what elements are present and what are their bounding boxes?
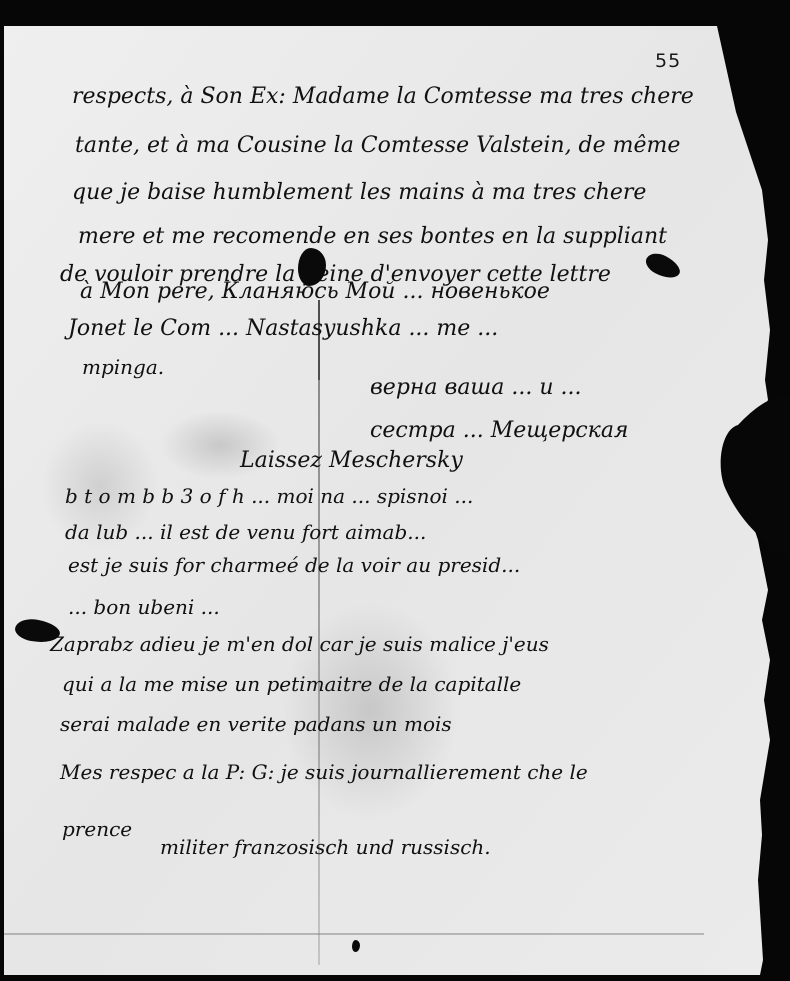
manuscript-page: 55 respects, à Son Ex: Madame la Comtess… bbox=[0, 0, 790, 981]
signature-closing-line-1: верна ваша ... и ... bbox=[370, 375, 582, 400]
manuscript-line-2: tante, et à ma Cousine la Comtesse Valst… bbox=[75, 133, 680, 158]
manuscript-line-16: qui a la me mise un petimaitre de la cap… bbox=[62, 672, 521, 696]
manuscript-line-1: respects, à Son Ex: Madame la Comtesse m… bbox=[72, 84, 694, 109]
manuscript-line-11: b t o m b b 3 o f h ... moi na ... spisn… bbox=[65, 484, 473, 508]
signature-closing-line-2: сестра ... Мещерская bbox=[370, 418, 629, 443]
manuscript-line-18: Mes respec a la P: G: je suis journallie… bbox=[60, 760, 588, 784]
manuscript-line-17: serai malade en verite padans un mois bbox=[60, 712, 452, 736]
manuscript-line-7: Jonet le Com ... Nastasyushka ... me ... bbox=[68, 316, 498, 341]
manuscript-line-15: Zaprabz adieu je m'en dol car je suis ma… bbox=[50, 632, 549, 656]
manuscript-line-14: ... bon ubeni ... bbox=[68, 595, 220, 619]
manuscript-line-19: prence bbox=[62, 817, 132, 841]
manuscript-line-12: da lub ... il est de venu fort aimab... bbox=[65, 520, 426, 544]
bottom-fold-crease bbox=[4, 933, 704, 935]
manuscript-line-20: militer franzosisch und russisch. bbox=[160, 835, 491, 859]
manuscript-line-3: que je baise humblement les mains à ma t… bbox=[72, 180, 646, 205]
manuscript-line-4: mere et me recomende en ses bontes en la… bbox=[78, 224, 667, 249]
manuscript-line-13: est je suis for charmeé de la voir au pr… bbox=[68, 553, 520, 577]
signature-name: Laissez Meschersky bbox=[240, 448, 463, 473]
folio-number: 55 bbox=[655, 50, 681, 72]
manuscript-line-8: mpinga. bbox=[82, 355, 164, 379]
